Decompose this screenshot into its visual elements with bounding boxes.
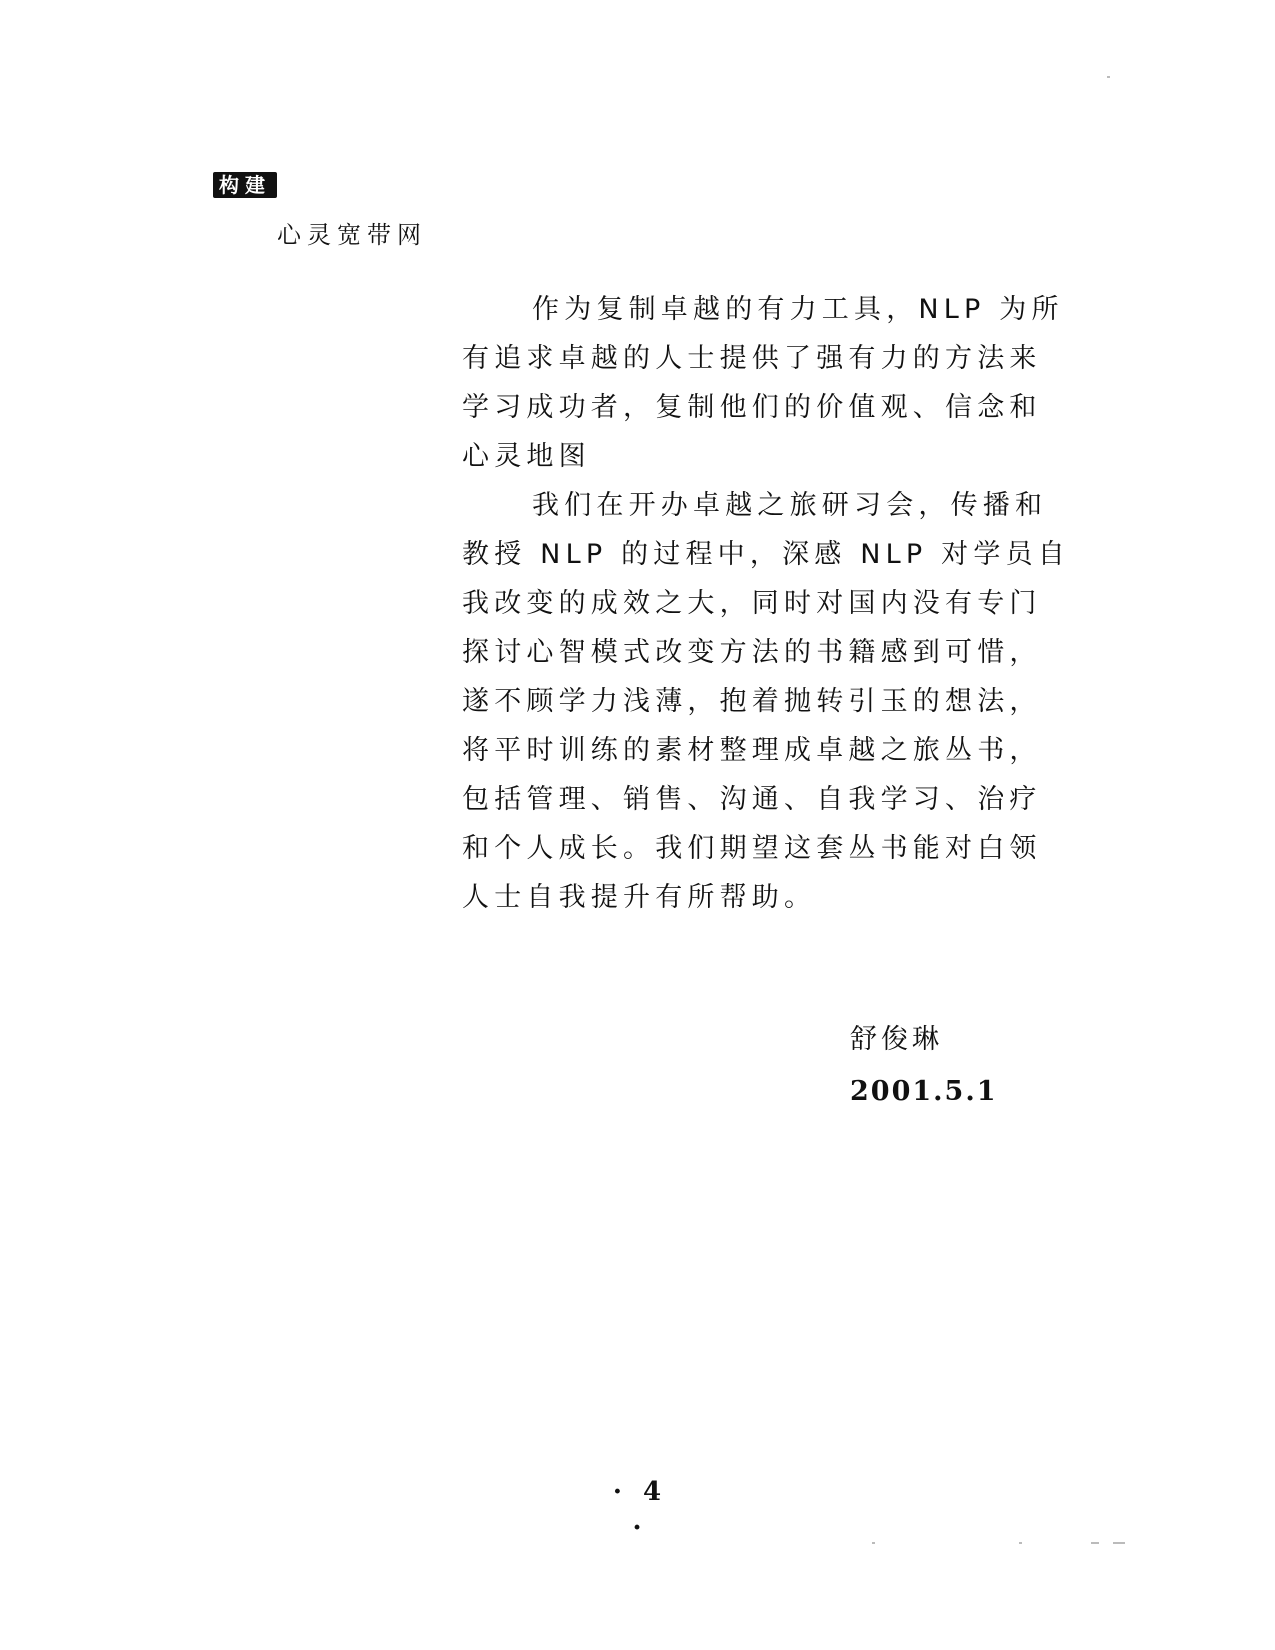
preface-body: 作为复制卓越的有力工具，NLP 为所 有追求卓越的人士提供了强有力的方法来 学习… xyxy=(462,285,1102,922)
text-line: 包括管理、销售、沟通、自我学习、治疗 xyxy=(462,775,1102,824)
text-line: 将平时训练的素材整理成卓越之旅丛书， xyxy=(462,726,1102,775)
text-line: 人士自我提升有所帮助。 xyxy=(462,873,1102,922)
page-number: · 4 · xyxy=(600,1474,680,1546)
signature-date: 2001.5.1 xyxy=(850,1074,998,1110)
text-line: 作为复制卓越的有力工具，NLP 为所 xyxy=(462,285,1102,334)
scan-speck xyxy=(1107,76,1110,78)
text-line: 遂不顾学力浅薄，抱着抛转引玉的想法， xyxy=(462,677,1102,726)
text-line: 我们在开办卓越之旅研习会，传播和 xyxy=(462,481,1102,530)
text-line: 教授 NLP 的过程中，深感 NLP 对学员自 xyxy=(462,530,1102,579)
scan-speck xyxy=(1019,1542,1022,1544)
text-line: 有追求卓越的人士提供了强有力的方法来 xyxy=(462,334,1102,383)
text-line: 心灵地图 xyxy=(462,432,1102,481)
text-line: 学习成功者，复制他们的价值观、信念和 xyxy=(462,383,1102,432)
document-page: 构建 心灵宽带网 作为复制卓越的有力工具，NLP 为所 有追求卓越的人士提供了强… xyxy=(0,0,1275,1650)
scan-speck xyxy=(1113,1542,1125,1544)
text-line: 我改变的成效之大，同时对国内没有专门 xyxy=(462,579,1102,628)
section-badge: 构建 xyxy=(213,172,277,198)
scan-speck xyxy=(872,1542,875,1544)
author-signature: 舒俊琳 xyxy=(850,1020,943,1060)
text-line: 探讨心智模式改变方法的书籍感到可惜， xyxy=(462,628,1102,677)
text-line: 和个人成长。我们期望这套丛书能对白领 xyxy=(462,824,1102,873)
section-title: 心灵宽带网 xyxy=(277,219,427,251)
scan-speck xyxy=(1091,1542,1099,1544)
